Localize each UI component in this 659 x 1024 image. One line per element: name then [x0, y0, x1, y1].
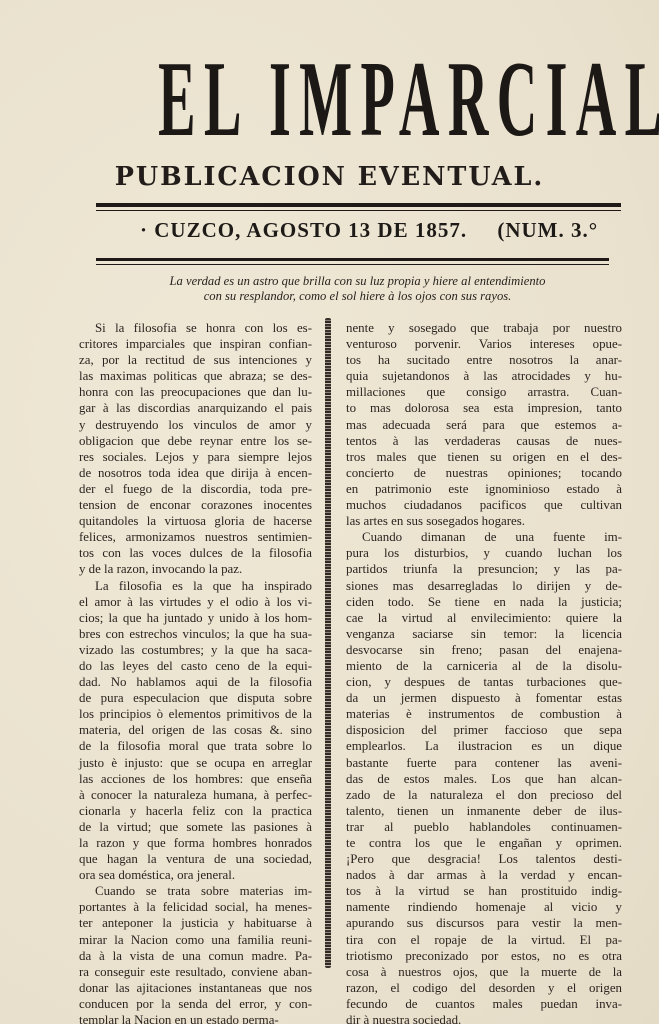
text-line: tira con el ropaje de la virtud. El pa- — [346, 932, 622, 948]
text-line: en patrimonio este ignominioso estado à — [346, 481, 622, 497]
text-line: venganza saciarse sin temor: la licencia — [346, 626, 622, 642]
top-rule — [96, 203, 621, 207]
text-line: gar à las discordias anarquizando el pai… — [79, 400, 312, 416]
issue-number: (NUM. 3.° — [497, 218, 598, 242]
text-line: tension de enconar corazones inocentes — [79, 497, 312, 513]
text-line: cosa à nuestros ojos, que la muerte de l… — [346, 964, 622, 980]
text-line: obligacion que debe reynar entre los se- — [79, 433, 312, 449]
text-line: talento, tienen un inmanente deber de il… — [346, 803, 622, 819]
text-line: razon, el codigo del desorden y el orige… — [346, 980, 622, 996]
date-text: · CUZCO, AGOSTO 13 DE 1857. — [140, 218, 467, 242]
text-line: materia, del origen de las cosas &. sino — [79, 722, 312, 738]
text-line: los principios ò elementos primitivos de… — [79, 706, 312, 722]
text-line: nente y sosegado que trabaja por nuestro — [346, 320, 622, 336]
text-line: partidos triunfa la presuncion; y las pa… — [346, 561, 622, 577]
epigraph-line: La verdad es un astro que brilla con su … — [90, 274, 625, 289]
epigraph: La verdad es un astro que brilla con su … — [90, 274, 625, 304]
text-line: templar la Nacion en un estado perma- — [79, 1012, 312, 1024]
bottom-rule-thin — [96, 264, 609, 265]
text-line: tos con las voces dulces de la filosofia — [79, 545, 312, 561]
text-line: bres con estrechos vinculos; la que ha s… — [79, 626, 312, 642]
text-line: triotismo preconizado por estos, no es o… — [346, 948, 622, 964]
text-line: te contra los que le engañan y oprimen. — [346, 835, 622, 851]
ornamental-column-divider — [325, 318, 331, 968]
dateline: · CUZCO, AGOSTO 13 DE 1857. (NUM. 3.° — [140, 218, 629, 243]
masthead-subtitle: PUBLICACION EVENTUAL. — [7, 162, 653, 192]
text-line: apurando sus discursos para vestir la me… — [346, 915, 622, 931]
text-line: dad. No hablamos aqui de la filosofia — [79, 674, 312, 690]
text-line: cae la virtud al envilecimiento: quiere … — [346, 610, 622, 626]
top-rule-thin — [96, 210, 621, 211]
text-line: muchos ciudadanos pacificos que cultivan — [346, 497, 622, 513]
bottom-rule — [96, 258, 609, 261]
text-line: tentos à las verdaderas causas de nues- — [346, 433, 622, 449]
text-line: à conocer la naturaleza humana, à perfec… — [79, 787, 312, 803]
text-line: ¡Pero que desgracia! Los talentos desti- — [346, 851, 622, 867]
text-line: bastante fuerte para contener las aveni- — [346, 755, 622, 771]
text-line: critores imparciales que inspiran confia… — [79, 336, 312, 352]
text-line: La filosofia es la que ha inspirado — [79, 578, 312, 594]
text-line: ter anteponer la justicia y habituarse à — [79, 915, 312, 931]
text-line: justo è injusto: que se ocupa en arregla… — [79, 755, 312, 771]
text-line: disposicion del primer faccioso que sepa — [346, 722, 622, 738]
text-line: tros males que tienen su origen en el de… — [346, 449, 622, 465]
text-line: emplearlos. La ilustracion es un dique — [346, 738, 622, 754]
text-line: que hagan la ventura de una sociedad, — [79, 851, 312, 867]
text-line: donar las ajitaciones instantaneas que n… — [79, 980, 312, 996]
text-line: felices, armonizamos nuestros sentimien- — [79, 529, 312, 545]
article-column-left: Si la filosofia se honra con los es-crit… — [79, 320, 312, 1024]
text-line: cionarla y hacerla feliz con la practica — [79, 803, 312, 819]
text-line: mas adecuada será para que estemos a- — [346, 417, 622, 433]
text-line: y de la razon, invocando la paz. — [79, 561, 312, 577]
newspaper-page: EL IMPARCIAL. PUBLICACION EVENTUAL. · CU… — [0, 0, 659, 1024]
text-line: Cuando se trata sobre materias im- — [79, 883, 312, 899]
text-line: tos ha sucitado entre nosotros la anar- — [346, 352, 622, 368]
text-line: namente rindiendo homenaje al vicio y — [346, 899, 622, 915]
text-line: ra conseguir este resultado, conviene ab… — [79, 964, 312, 980]
text-line: millaciones que consigo arrastra. Cuan- — [346, 384, 622, 400]
text-line: tos à la virtud se han prostituido indig… — [346, 883, 622, 899]
text-line: da à la vista de una comun madre. Pa- — [79, 948, 312, 964]
text-line: zado de la naturaleza el don precioso de… — [346, 787, 622, 803]
text-line: desvocarse sin freno; pasan del enajena- — [346, 642, 622, 658]
text-line: res sociales. Lejos y para siempre lejos — [79, 449, 312, 465]
text-line: das de estos males. Los que han alcan- — [346, 771, 622, 787]
text-line: las acciones de los hombres: que enseña — [79, 771, 312, 787]
text-line: dir à nuestra sociedad. — [346, 1012, 622, 1024]
text-line: mirar la Nacion como una familia reuni- — [79, 932, 312, 948]
text-line: la razon y que forma hombres honrados — [79, 835, 312, 851]
text-line: nados à dar armas à la verdad y encan- — [346, 867, 622, 883]
text-line: der el fuego de la discordia, toda pre- — [79, 481, 312, 497]
text-line: las artes en sus sosegados hogares. — [346, 513, 622, 529]
text-line: za, por la rectitud de sus intenciones y — [79, 352, 312, 368]
text-line: Si la filosofia se honra con los es- — [79, 320, 312, 336]
text-line: venturoso porvenir. Varios intereses opu… — [346, 336, 622, 352]
text-line: to mas dolorosa sea esta impresion, tant… — [346, 400, 622, 416]
text-line: Cuando dimanan de una fuente im- — [346, 529, 622, 545]
text-line: de pura especulacion que disputa sobre — [79, 690, 312, 706]
text-line: do las leyes del casto ceno de la equi- — [79, 658, 312, 674]
text-line: da un jermen dispuesto à fomentar estas — [346, 690, 622, 706]
text-line: trar al pueblo hablandoles continuamen- — [346, 819, 622, 835]
text-line: cion, y despues de tantas turbaciones qu… — [346, 674, 622, 690]
text-line: quia sujetandonos à las atrocidades y hu… — [346, 368, 622, 384]
text-line: de la virtud; que somete las pasiones à — [79, 819, 312, 835]
text-line: de la filosofia moral que trata sobre lo — [79, 738, 312, 754]
text-line: conducen por la senda del error, y con- — [79, 996, 312, 1012]
text-line: ciden todo. Se tiene en nada la justicia… — [346, 594, 622, 610]
text-line: el amor à las virtudes y el odio à los v… — [79, 594, 312, 610]
text-line: de nosotros toda idea que dirija à encen… — [79, 465, 312, 481]
epigraph-line: con su resplandor, como el sol hiere à l… — [90, 289, 625, 304]
text-line: portantes à la felicidad social, ha mene… — [79, 899, 312, 915]
text-line: fecundo de cuantos males puedan inva- — [346, 996, 622, 1012]
text-line: vizado las costumbres; y la que ha saca- — [79, 642, 312, 658]
text-line: honra con las preocupaciones que dan lu- — [79, 384, 312, 400]
text-line: pura los disturbios, y cuando luchan los — [346, 545, 622, 561]
text-line: concierto de nuestras opiniones; tocando — [346, 465, 622, 481]
masthead-title: EL IMPARCIAL. — [158, 50, 501, 150]
text-line: materias è instrumentos de combustion à — [346, 706, 622, 722]
text-line: cios; la que ha juntado y unido à los ho… — [79, 610, 312, 626]
text-line: ora sea doméstica, ora jeneral. — [79, 867, 312, 883]
article-column-right: nente y sosegado que trabaja por nuestro… — [346, 320, 622, 1024]
text-line: quitandoles la virtuosa gloria de hacers… — [79, 513, 312, 529]
text-line: las maximas politicas que abraza; se des… — [79, 368, 312, 384]
text-line: y destruyendo los vinculos de amor y — [79, 417, 312, 433]
text-line: siones mas desarregladas lo dirijen y de… — [346, 578, 622, 594]
text-line: miento de la carniceria al de la disolu- — [346, 658, 622, 674]
